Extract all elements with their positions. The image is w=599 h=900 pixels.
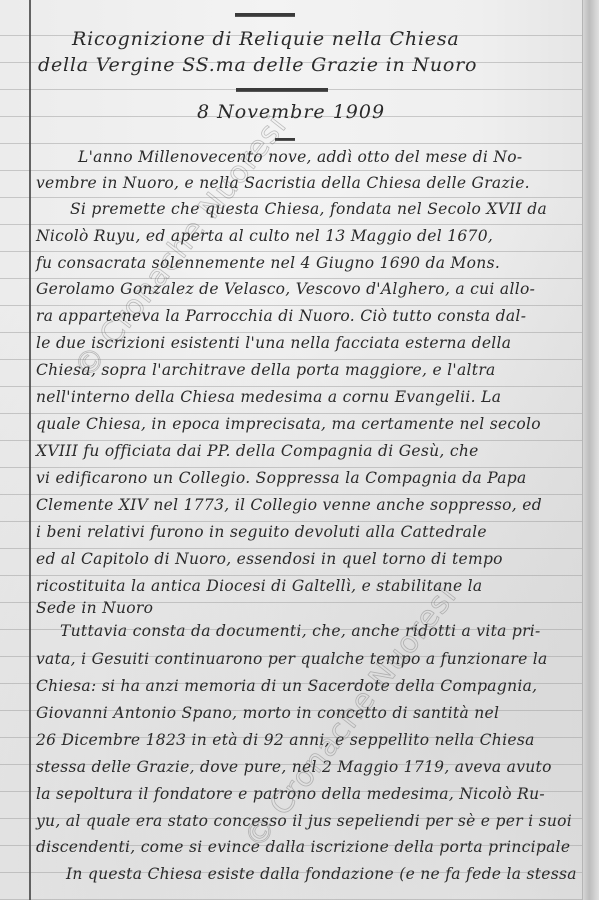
text-line: XVIII fu officiata dai PP. della Compagn… [36,442,479,460]
manuscript-page: Ricognizione di Reliquie nella Chiesa de… [0,0,599,900]
top-rule-bar [235,13,295,17]
text-line: quale Chiesa, in epoca imprecisata, ma c… [36,415,541,433]
title-line-1: Ricognizione di Reliquie nella Chiesa [72,28,460,50]
text-line: ricostituita la antica Diocesi di Galtel… [36,577,482,595]
document-date: 8 Novembre 1909 [197,101,385,123]
text-line: i beni relativi furono in seguito devolu… [36,523,487,541]
text-line: vata, i Gesuiti continuarono per qualche… [36,650,548,668]
text-line: Tuttavia consta da documenti, che, anche… [60,622,541,640]
text-line: Nicolò Ruyu, ed aperta al culto nel 13 M… [36,227,493,245]
text-line: nell'interno della Chiesa medesima a cor… [36,388,501,406]
text-line: discendenti, come si evince dalla iscriz… [36,838,570,856]
text-line: Sede in Nuoro [36,599,153,617]
text-line: fu consacrata solennemente nel 4 Giugno … [36,254,500,272]
text-line: Chiesa: si ha anzi memoria di un Sacerdo… [36,677,537,695]
text-line: Gerolamo Gonzalez de Velasco, Vescovo d'… [36,280,535,298]
text-line: L'anno Millenovecento nove, addì otto de… [78,148,522,166]
text-line: In questa Chiesa esiste dalla fondazione… [66,865,577,883]
text-line: Clemente XIV nel 1773, il Collegio venne… [36,496,542,514]
text-line: ed al Capitolo di Nuoro, essendosi in qu… [36,550,503,568]
text-line: Si premette che questa Chiesa, fondata n… [70,200,547,218]
text-line: vembre in Nuoro, e nella Sacristia della… [36,174,530,192]
title-line-2: della Vergine SS.ma delle Grazie in Nuor… [38,54,477,76]
text-line: vi edificarono un Collegio. Soppressa la… [36,469,527,487]
text-line: yu, al quale era stato concesso il jus s… [36,812,572,830]
text-line: Giovanni Antonio Spano, morto in concett… [36,704,499,722]
date-rule-bar [236,88,328,92]
text-line: 26 Dicembre 1823 in età di 92 anni, e se… [36,731,535,749]
